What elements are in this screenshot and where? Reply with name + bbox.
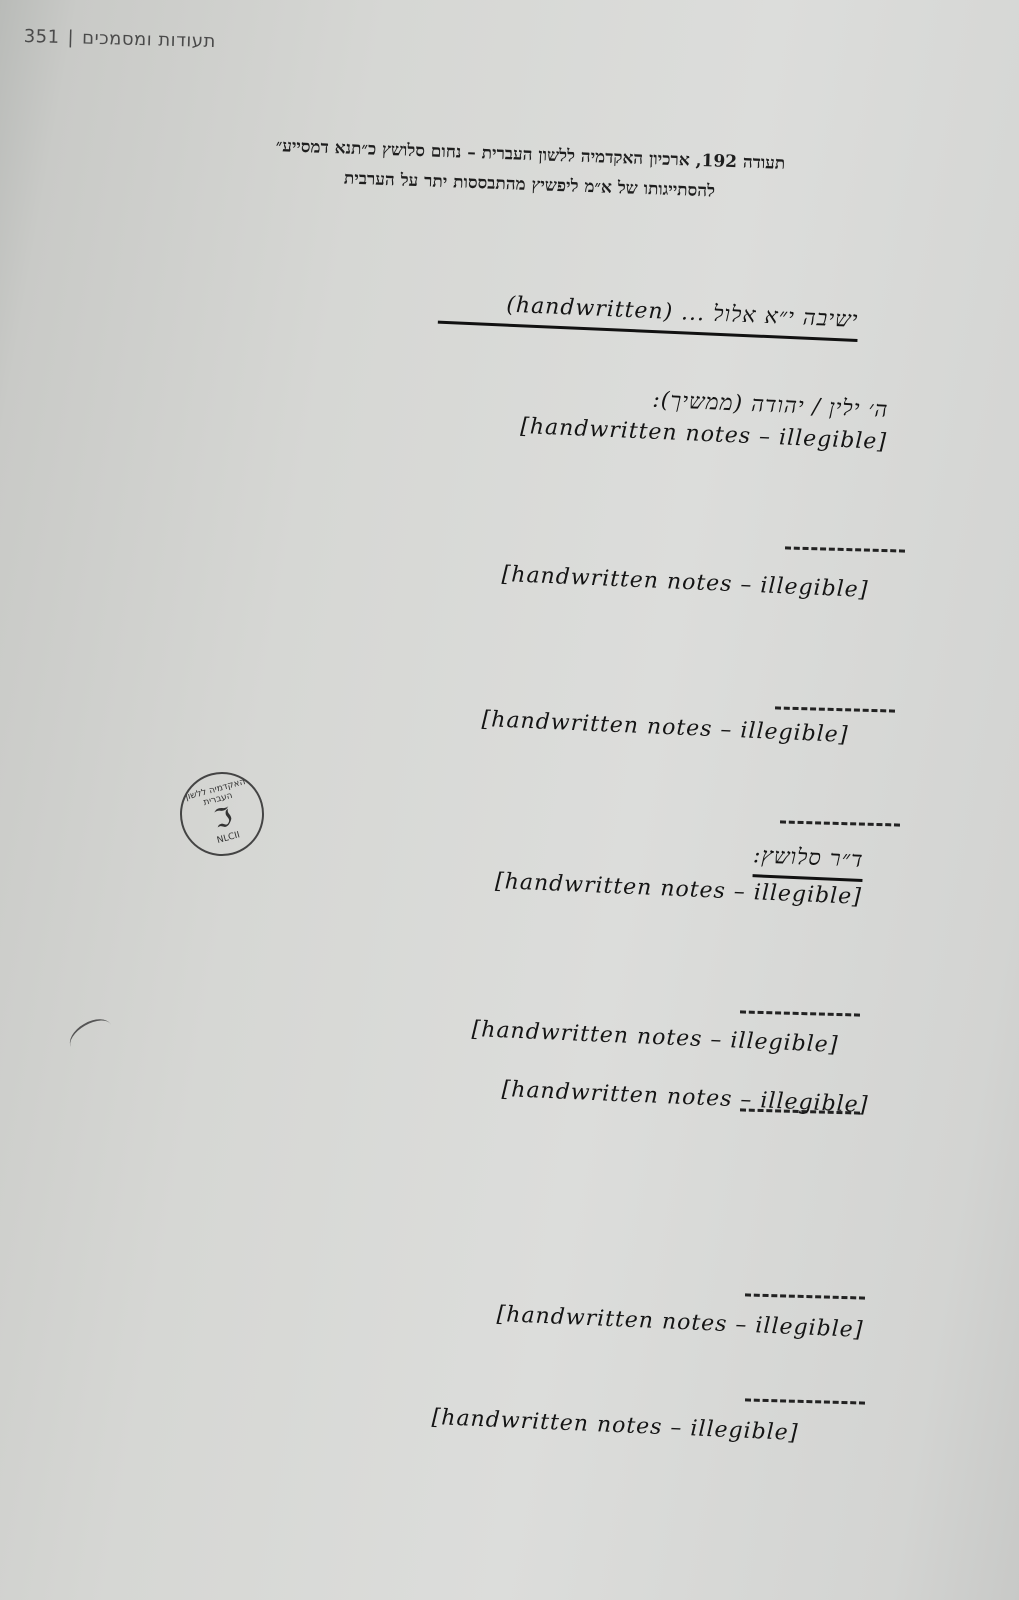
handwritten-opening: ישיבה י״א אלול ... (handwritten) xyxy=(438,287,859,342)
handwritten-text: [handwritten notes – illegible] xyxy=(188,545,869,607)
handwritten-section-4: ד״ר סלושץ: [handwritten notes – illegibl… xyxy=(182,815,864,914)
handwritten-section-2: [handwritten notes – illegible] xyxy=(188,545,869,607)
handwritten-text: [handwritten notes – illegible] xyxy=(138,1389,799,1450)
speaker-label: ד״ר סלושץ: xyxy=(752,840,864,882)
dashed-separator xyxy=(745,1293,865,1299)
dashed-separator xyxy=(780,820,900,826)
dashed-separator xyxy=(740,1010,860,1016)
running-head: 351|תעודות ומסמכים xyxy=(23,26,216,52)
stray-pen-mark xyxy=(64,1012,118,1059)
document-caption: תעודה 192, ארכיון האקדמיה ללשון העברית –… xyxy=(189,128,871,212)
dashed-separator xyxy=(745,1398,865,1404)
handwritten-text: [handwritten notes – illegible] xyxy=(188,691,849,752)
page-number: 351 xyxy=(23,26,59,48)
handwritten-section-8: [handwritten notes – illegible] xyxy=(138,1389,799,1450)
section-title: תעודות ומסמכים xyxy=(82,28,216,52)
dashed-separator xyxy=(775,706,895,712)
header-separator: | xyxy=(67,27,74,48)
handwritten-section-1: ה׳ ילין / יהודה (ממשיך): [handwritten no… xyxy=(207,365,889,459)
handwritten-text: [handwritten notes – illegible] xyxy=(158,1059,869,1122)
handwritten-section-3: [handwritten notes – illegible] xyxy=(188,691,849,752)
dashed-separator xyxy=(785,546,905,552)
handwritten-line: ישיבה י״א אלול ... (handwritten) xyxy=(438,287,859,342)
handwritten-section-6: [handwritten notes – illegible] xyxy=(158,1059,869,1122)
